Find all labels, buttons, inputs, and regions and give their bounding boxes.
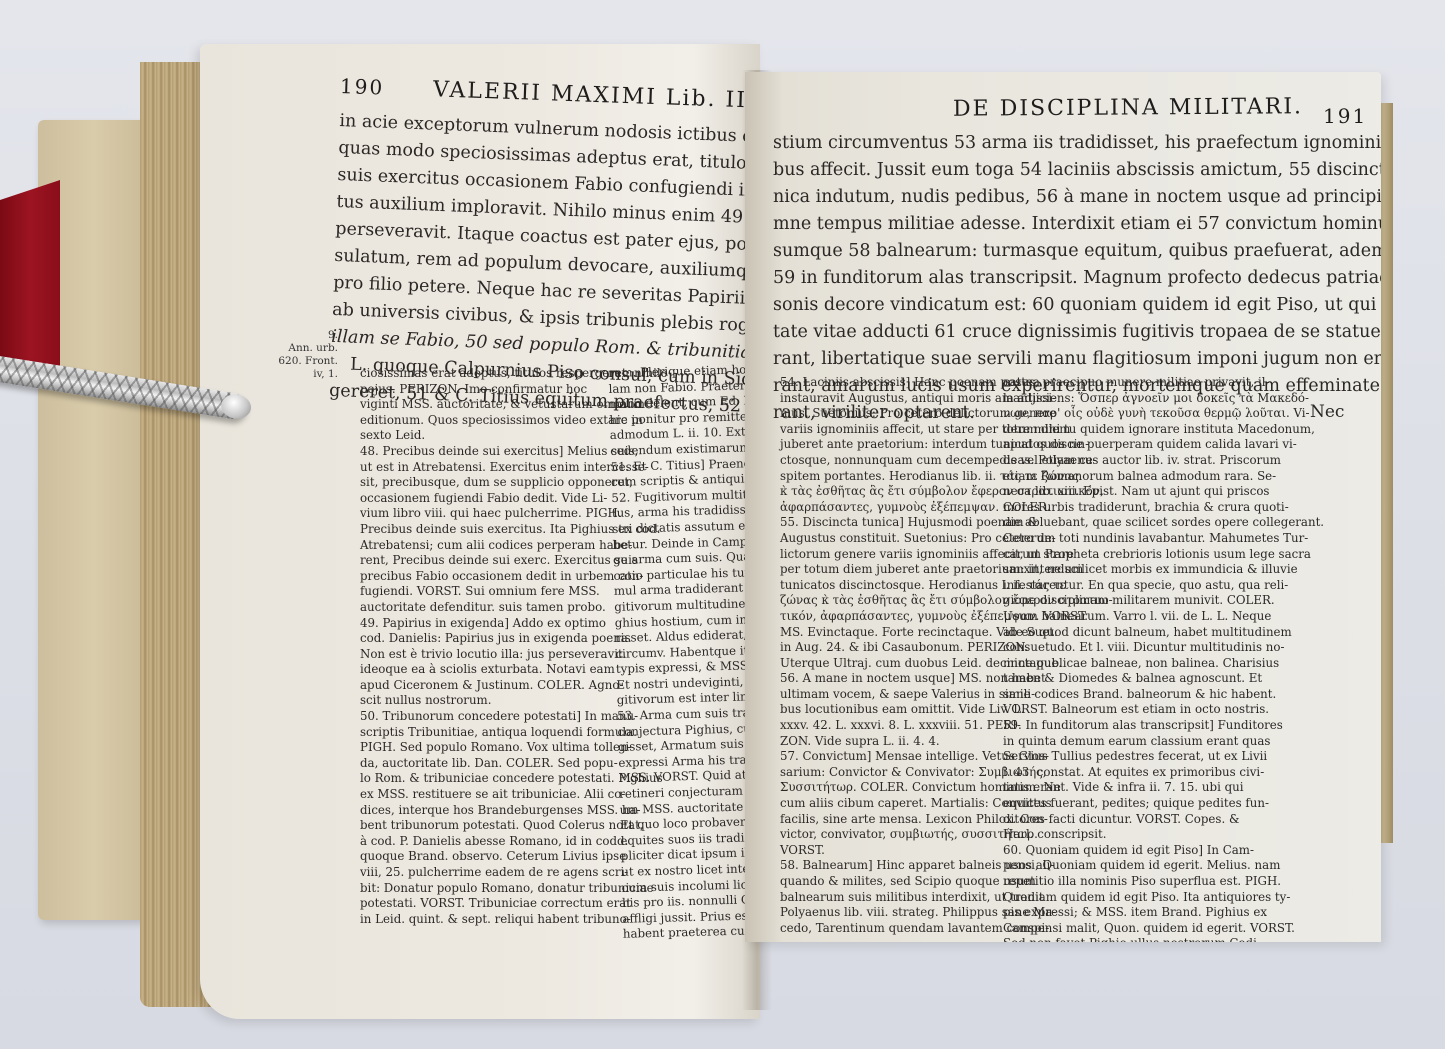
note-line: juberet ante praetorium: interdum tunica… xyxy=(780,437,1000,453)
note-line: habent praeterea cum toga. xyxy=(623,923,760,943)
running-title-left: VALERII MAXIMI Lib. II. Cap. VII. xyxy=(433,77,760,118)
note-line: lictorum genere variis ignominiis affeci… xyxy=(780,547,1000,563)
note-line: 59. In funditorum alas transcripsit] Fun… xyxy=(1003,718,1233,734)
note-line: ZON. Vide supra L. ii. 4. 4. xyxy=(780,734,1000,750)
right-page: DE DISCIPLINA MILITARI. 191 stium circum… xyxy=(745,72,1381,942)
note-line: viii, 25. pulcherrime eadem de re agens … xyxy=(360,865,575,881)
note-line: occasionem fugiendi Fabio dedit. Vide Li… xyxy=(360,491,575,507)
running-title-right: DE DISCIPLINA MILITARI. xyxy=(953,94,1303,121)
note-line: pensi, Quoniam quidem id egerit. Melius.… xyxy=(1003,858,1233,874)
note-line: VORST. xyxy=(780,843,1000,859)
marginal-note: 9. Ann. urb. 620. Front. iv, 1. xyxy=(278,329,338,381)
note-line: in Aug. 24. & ibi Casaubonum. PERIZON. xyxy=(780,640,1000,656)
red-bookmark-ribbon xyxy=(0,180,60,380)
note-line: vium libro viii. qui haec pulcherrime. P… xyxy=(360,506,575,522)
note-line: rent, Precibus deinde sui exerc. Exercit… xyxy=(360,553,575,569)
note-line: 60. Quoniam quidem id egit Piso] In Cam- xyxy=(1003,843,1233,859)
note-line: etiam Romanorum balnea admodum rara. Se- xyxy=(1003,469,1233,485)
text-line: tate vitae adducti 61 cruce dignissimis … xyxy=(773,319,1353,346)
note-line: ἀφαρπάσαντες, γυμνοὺς ἐξέπεμψαν. COLER. xyxy=(780,500,1000,516)
note-line: Augustus constituit. Suetonius: Pro cete… xyxy=(780,531,1000,547)
note-line: Sed non favet Pighio ullus nostrorum Cod… xyxy=(1003,936,1233,942)
note-line: 48. Precibus deinde sui exercitus] Meliu… xyxy=(360,444,575,460)
note-line: quoque Brand. observo. Ceterum Livius ip… xyxy=(360,849,575,865)
note-line: in quinta demum earum classium erant qua… xyxy=(1003,734,1233,750)
note-line: ultimam vocem, & saepe Valerius in simil… xyxy=(780,687,1000,703)
note-line: pis expressi; & MSS. item Brand. Pighius… xyxy=(1003,905,1233,921)
note-line: potestati. VORST. Tribuniciae correctum … xyxy=(360,896,575,912)
note-line: scriptis Tribunitiae, antiqua loquendi f… xyxy=(360,725,575,741)
note-line: la adjiciens: Ὅσπερ ἀγνοεῖν μοι δοκεῖς τ… xyxy=(1003,391,1233,407)
note-line: xxxv. 42. L. xxxvi. 8. L. xxxviii. 51. P… xyxy=(780,718,1000,734)
note-line: victor, convivator, συμβιωτής, συσσιτήτω… xyxy=(780,827,1000,843)
note-line: Uterque Ultraj. cum duobus Leid. decinct… xyxy=(780,656,1000,672)
note-line: 57. Convictum] Mensae intellige. Vetus G… xyxy=(780,749,1000,765)
note-line: ditores facti dicuntur. VORST. Copes. & xyxy=(1003,812,1233,828)
note-line: sarium: Convictor & Convivator: Συμβιωτή… xyxy=(780,765,1000,781)
note-line: quando & milites, sed Scipio quoque usum xyxy=(780,874,1000,890)
note-line: consuetudo. Et l. viii. Dicuntur multitu… xyxy=(1003,640,1233,656)
margin-line: 620. Front. xyxy=(278,355,338,368)
note-line: instauravit Augustus, antiqui moris aman… xyxy=(780,391,1000,407)
note-line: dices, interque hos Brandeburgenses MSS.… xyxy=(360,803,575,819)
right-running-head: DE DISCIPLINA MILITARI. xyxy=(803,94,1303,122)
left-page: 190 VALERII MAXIMI Lib. II. Cap. VII. in… xyxy=(200,44,760,1019)
note-line: repetitio illa nominis Piso superflua es… xyxy=(1003,874,1233,890)
note-line: Quoniam quidem id egit Piso. Ita antiqui… xyxy=(1003,890,1233,906)
note-line: Ceterum toti nundinis lavabantur. Mahume… xyxy=(1003,531,1233,547)
note-line: auctoritate defenditur. suis tamen probo… xyxy=(360,600,575,616)
note-line: gione disciplinam militarem munivit. COL… xyxy=(1003,593,1233,609)
text-line: sonis decore vindicatum est: 60 quoniam … xyxy=(773,292,1353,319)
page-number-right: 191 xyxy=(1323,104,1367,128)
note-line: τικόν, ἀφαρπάσαντες, γυμνοὺς ἐξέπεμψαν. … xyxy=(780,609,1000,625)
note-line: infestarentur. En qua specie, quo astu, … xyxy=(1003,578,1233,594)
note-line: 49. Papirius in exigenda] Addo ex optimo xyxy=(360,616,575,632)
note-line: 54. Laciniis abscissis] Hanc poenam post… xyxy=(780,375,1000,391)
note-line: ideoque ea à sciolis exturbata. Notavi e… xyxy=(360,662,575,678)
catchword: Nec xyxy=(1310,402,1344,422)
note-line: 50. Tribunorum concedere potestati] In m… xyxy=(360,709,575,725)
note-line: Usum balnearum. Varro l. vii. de L. L. N… xyxy=(1003,609,1233,625)
note-line: Servius Tullius pedestres fecerat, ut ex… xyxy=(1003,749,1233,765)
right-notes-column-1: 54. Laciniis abscissis] Hanc poenam post… xyxy=(780,375,1000,936)
note-line: Συσσιτήτωρ. COLER. Convictum hominum. Ne xyxy=(780,780,1000,796)
left-notes-column-1: ciosissimas erat adeptus, titulos resper… xyxy=(360,366,575,927)
note-line: mus. Suetonius: Pro cetero delictorum ge… xyxy=(780,406,1000,422)
note-line: ab eo quod dicunt balneum, habet multitu… xyxy=(1003,625,1233,641)
note-line: 56. A mane in noctem usque] MS. non habe… xyxy=(780,671,1000,687)
note-line: in Leid. quint. & sept. reliqui habent t… xyxy=(360,912,575,928)
note-line: facilis, sine arte mensa. Lexicon Philox… xyxy=(780,812,1000,828)
note-line: cum aliis cibum caperet. Martialis: Conv… xyxy=(780,796,1000,812)
note-line: Non est è trivio locutio illa: jus perse… xyxy=(360,647,575,663)
margin-line: Ann. urb. xyxy=(278,342,338,355)
note-line: PIGH. Sed populo Romano. Vox ultima toll… xyxy=(360,740,575,756)
note-line: cod. Danielis: Papirius jus in exigenda … xyxy=(360,631,575,647)
note-line: tatis erant. Vide & infra ii. 7. 15. ubi… xyxy=(1003,780,1233,796)
note-line: ut est in Atrebatensi. Exercitus enim in… xyxy=(360,460,575,476)
right-notes-column-2: catus, praecipuo munere militiae privavi… xyxy=(1003,375,1233,942)
note-line: die abluebant, quae scilicet sordes oper… xyxy=(1003,515,1233,531)
note-line: Polyaenus lib. viii. strateg. Philippus … xyxy=(780,905,1000,921)
note-line: ex MSS. restituere se ait tribuniciae. A… xyxy=(360,787,575,803)
note-line: editionum. Quos speciosissimos video ext… xyxy=(360,413,575,429)
note-line: κ̀ τὰς ἐσθῆτας ἃς ἔτι σύμβολον ἔφερον στ… xyxy=(780,484,1000,500)
note-line: spitem portantes. Herodianus lib. ii. τά… xyxy=(780,469,1000,485)
photo-scene: 190 VALERII MAXIMI Lib. II. Cap. VII. in… xyxy=(0,0,1445,1049)
note-line: ctosque, nonnunquam cum decempedis vel e… xyxy=(780,453,1000,469)
margin-line: 9. xyxy=(278,329,338,342)
note-line: mine publicae balneae, non balinea. Char… xyxy=(1003,656,1233,672)
note-line: per totum diem juberet ante praetorium: … xyxy=(780,562,1000,578)
note-line: tamen & Diomedes & balnea agnoscunt. Et xyxy=(1003,671,1233,687)
text-line: rant, libertatique suae servili manu fla… xyxy=(773,346,1353,373)
note-line: Atrebatensi; cum alii codices perperam h… xyxy=(360,538,575,554)
note-line: mores urbis tradiderunt, brachia & crura… xyxy=(1003,500,1233,516)
note-line: apud Ciceronem & Justinum. COLER. Agno- xyxy=(360,678,575,694)
note-line: 58. Balnearum] Hinc apparet balneis usos… xyxy=(780,858,1000,874)
note-line: bit: Donatur populo Romano, donatur trib… xyxy=(360,881,575,897)
note-line: bent tribunorum potestati. Quod Colerus … xyxy=(360,818,575,834)
note-line: da, auctoritate lib. Dan. COLER. Sed pop… xyxy=(360,756,575,772)
note-line: deas. Polyaenus auctor lib. iv. strat. P… xyxy=(1003,453,1233,469)
text-line: bus affecit. Jussit eum toga 54 laciniis… xyxy=(773,157,1353,184)
note-line: precibus Fabio occasionem dedit in urbem… xyxy=(360,569,575,585)
note-line: Precibus deinde suis exercitus. Ita Pigh… xyxy=(360,522,575,538)
note-line: sit, precibusque, dum se supplicio oppon… xyxy=(360,475,575,491)
note-line: balnearum suis militibus interdixit, ut … xyxy=(780,890,1000,906)
note-line: fugiendi. VORST. Sui omnium fere MSS. xyxy=(360,584,575,600)
note-line: cedo, Tarentinum quendam lavantem conspi… xyxy=(780,921,1000,937)
text-line: 59 in funditorum alas transcripsit. Magn… xyxy=(773,265,1353,292)
note-line: neca lib. xiii. Epist. Nam ut ajunt qui … xyxy=(1003,484,1233,500)
note-line: à cod. P. Danielis abesse Romano, id in … xyxy=(360,834,575,850)
note-line: lo Rom. & tribuniciae concedere potestat… xyxy=(360,771,575,787)
note-line: catus, praecipuo munere militiae privavi… xyxy=(1003,375,1233,391)
margin-line: iv, 1. xyxy=(278,368,338,381)
note-line: ζώνας κ̀ τὰς ἐσθῆτας ἃς ἔτι σύμβολον ἔφε… xyxy=(780,593,1000,609)
note-line: νων, παρ' οἷς οὐδὲ γυνὴ τεκοῦσα θερμῷ λο… xyxy=(1003,406,1233,422)
note-line: 55. Discincta tunica] Hujusmodi poenam & xyxy=(780,515,1000,531)
text-line: nica indutum, nudis pedibus, 56 à mane i… xyxy=(773,184,1353,211)
left-notes-column-2: rum. Plerique etiam hoc ordinelam non Fa… xyxy=(608,362,760,943)
note-line: scit nullus nostrorum. xyxy=(360,693,575,709)
note-line: bus locutionibus eam omittit. Vide Liv. … xyxy=(780,702,1000,718)
note-line: Harl. conscripsit. xyxy=(1003,827,1233,843)
page-number-left: 190 xyxy=(340,74,385,100)
note-line: dere mihi tu quidem ignorare instituta M… xyxy=(1003,422,1233,438)
note-line: apud quos ne puerperam quidem calida lav… xyxy=(1003,437,1233,453)
note-line: ciosissimas erat adeptus, titulos resper… xyxy=(360,366,575,382)
text-line: sumque 58 balnearum: turmasque equitum, … xyxy=(773,238,1353,265)
note-line: pejus. PERIZON. Imo confirmatur hoc xyxy=(360,382,575,398)
note-line: sexto Leid. xyxy=(360,428,575,444)
note-line: i. 43. constat. At equites ex primoribus… xyxy=(1003,765,1233,781)
note-line: Campensi malit, Quon. quidem id egerit. … xyxy=(1003,921,1233,937)
note-line: tunicatos discinctosque. Herodianus l. i… xyxy=(780,578,1000,594)
text-line: stium circumventus 53 arma iis tradidiss… xyxy=(773,130,1353,157)
note-line: viginti MSS. auctoritate, & vetustarum o… xyxy=(360,397,575,413)
note-line: carum Propheta crebrioris lotionis usum … xyxy=(1003,547,1233,563)
text-line: mne tempus militiae adesse. Interdixit e… xyxy=(773,211,1353,238)
note-line: variis ignominiis affecit, ut stare per … xyxy=(780,422,1000,438)
note-line: sanxit, ne scilicet morbis ex immundicia… xyxy=(1003,562,1233,578)
note-line: equites fuerant, pedites; quique pedites… xyxy=(1003,796,1233,812)
note-line: sane codices Brand. balneorum & hic habe… xyxy=(1003,687,1233,703)
note-line: VORST. Balneorum est etiam in octo nostr… xyxy=(1003,702,1233,718)
note-line: MS. Evinctaque. Forte recinctaque. Vide … xyxy=(780,625,1000,641)
